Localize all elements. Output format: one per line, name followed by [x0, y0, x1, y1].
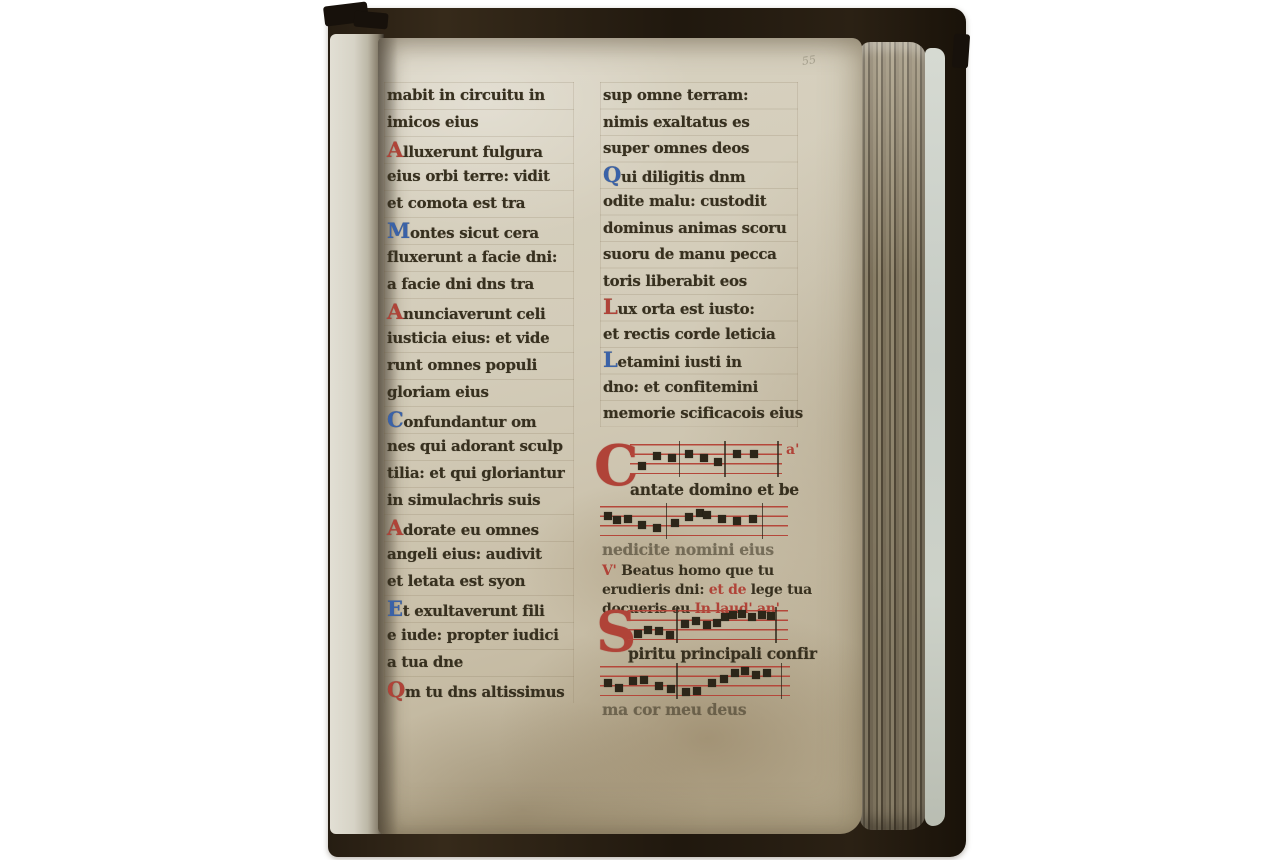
square-neume	[708, 679, 716, 687]
square-neume	[729, 611, 737, 619]
decorated-initial: A	[387, 137, 403, 162]
square-neume	[741, 667, 749, 675]
square-neume	[681, 620, 689, 628]
rubric-text: V'	[602, 563, 617, 579]
text-line: super omnes deos	[601, 135, 797, 162]
line-text: a facie dni dns tra	[387, 275, 534, 293]
square-neume	[644, 626, 652, 634]
text-line: odite malu: custodit	[601, 188, 797, 215]
square-neume	[738, 610, 746, 618]
square-neume	[640, 676, 648, 684]
line-text: suoru de manu pecca	[603, 245, 777, 263]
line-text: mabit in circuitu in	[387, 86, 545, 104]
square-neume	[731, 669, 739, 677]
square-neume	[668, 454, 676, 462]
staff-barline	[666, 503, 668, 539]
line-text: angeli eius: audivit	[387, 545, 542, 563]
line-text: ui diligitis dnm	[621, 168, 745, 186]
line-text: super omnes deos	[603, 139, 749, 157]
square-neume	[685, 513, 693, 521]
square-neume	[733, 450, 741, 458]
staff-barline	[775, 607, 777, 643]
square-neume	[703, 621, 711, 629]
square-neume	[758, 611, 766, 619]
music-section: C a' antate domino et be nedicite nomini…	[600, 438, 796, 738]
fore-edge-page-stack	[860, 42, 926, 830]
manuscript-book: 55 mabit in circuitu inimicos eiusAlluxe…	[328, 8, 966, 857]
decorated-initial: Q	[387, 677, 405, 702]
photo-background: 55 mabit in circuitu inimicos eiusAlluxe…	[0, 0, 1280, 860]
decorated-initial: L	[603, 347, 617, 372]
decorated-initial: E	[387, 596, 403, 621]
square-neume	[713, 619, 721, 627]
text-line: mabit in circuitu in	[385, 82, 573, 109]
clasp-remnant	[952, 33, 970, 68]
text-line: a tua dne	[385, 649, 573, 676]
line-text: dorate eu omnes	[403, 521, 539, 539]
line-text: in simulachris suis	[387, 491, 540, 509]
square-neume	[733, 517, 741, 525]
line-text: nimis exaltatus es	[603, 113, 749, 131]
text-line: Letamini iusti in	[601, 347, 797, 374]
square-neume	[653, 452, 661, 460]
square-neume	[750, 450, 758, 458]
square-neume	[634, 630, 642, 638]
staff-barline	[676, 607, 678, 643]
line-text: a tua dne	[387, 653, 463, 671]
square-neume	[752, 671, 760, 679]
versicle-text: Beatus homo que tu	[617, 563, 774, 579]
text-line: nimis exaltatus es	[601, 109, 797, 136]
versicle-line: erudieris dni: et de lege tua	[602, 581, 812, 600]
text-line: Lux orta est iusto:	[601, 294, 797, 321]
text-line: eius orbi terre: vidit	[385, 163, 573, 190]
line-text: runt omnes populi	[387, 356, 537, 374]
chant-lyric: antate domino et be	[630, 480, 799, 499]
square-neume	[624, 515, 632, 523]
music-staff-2	[600, 506, 788, 536]
line-text: sup omne terram:	[603, 86, 748, 104]
decorated-initial: M	[387, 218, 410, 243]
rubric-text: et de	[709, 582, 746, 598]
line-text: dno: et confitemini	[603, 378, 758, 396]
text-line: runt omnes populi	[385, 352, 573, 379]
line-text: et letata est syon	[387, 572, 525, 590]
line-text: toris liberabit eos	[603, 272, 747, 290]
staff-barline	[724, 441, 726, 477]
square-neume	[655, 682, 663, 690]
line-text: tilia: et qui gloriantur	[387, 464, 564, 482]
line-text: m tu dns altissimus	[405, 683, 564, 701]
square-neume	[767, 612, 775, 620]
line-text: ontes sicut cera	[410, 224, 539, 242]
line-text: ux orta est iusto:	[617, 300, 754, 318]
line-text: et comota est tra	[387, 194, 525, 212]
staff-barline	[679, 441, 681, 477]
square-neume	[718, 515, 726, 523]
text-line: angeli eius: audivit	[385, 541, 573, 568]
text-line: Qm tu dns altissimus	[385, 676, 573, 703]
lower-board-edge	[925, 48, 945, 826]
line-text: nes qui adorant sculp	[387, 437, 563, 455]
square-neume	[720, 675, 728, 683]
text-column-right: sup omne terram:nimis exaltatus essuper …	[600, 82, 798, 427]
square-neume	[692, 617, 700, 625]
square-neume	[763, 669, 771, 677]
decorated-initial: Q	[603, 162, 621, 187]
folio-number: 55	[801, 53, 817, 68]
differentia-mark: a'	[786, 442, 799, 458]
chant-lyric: piritu principali confir	[628, 644, 817, 663]
square-neume	[714, 458, 722, 466]
square-neume	[629, 677, 637, 685]
square-neume	[667, 685, 675, 693]
text-line: Et exultaverunt fili	[385, 595, 573, 622]
text-line: Confundantur om	[385, 406, 573, 433]
square-neume	[685, 450, 693, 458]
text-line: tilia: et qui gloriantur	[385, 460, 573, 487]
versicle-line: V' Beatus homo que tu	[602, 562, 812, 581]
square-neume	[615, 684, 623, 692]
line-text: onfundantur om	[403, 413, 536, 431]
line-text: et rectis corde leticia	[603, 325, 775, 343]
decorated-initial: A	[387, 299, 403, 324]
text-line: Anunciaverunt celi	[385, 298, 573, 325]
chant-lyric: ma cor meu deus	[602, 700, 746, 719]
text-line: nes qui adorant sculp	[385, 433, 573, 460]
text-line: imicos eius	[385, 109, 573, 136]
decorated-initial: L	[603, 294, 617, 319]
text-line: et letata est syon	[385, 568, 573, 595]
text-line: et comota est tra	[385, 190, 573, 217]
square-neume	[666, 631, 674, 639]
text-line: dno: et confitemini	[601, 374, 797, 401]
square-neume	[653, 524, 661, 532]
music-staff-1	[630, 444, 782, 474]
square-neume	[604, 512, 612, 520]
text-line: a facie dni dns tra	[385, 271, 573, 298]
text-line: e iude: propter iudici	[385, 622, 573, 649]
line-text: e iude: propter iudici	[387, 626, 559, 644]
line-text: lluxerunt fulgura	[403, 143, 543, 161]
square-neume	[655, 627, 663, 635]
text-line: Alluxerunt fulgura	[385, 136, 573, 163]
chant-lyric: nedicite nomini eius	[602, 540, 774, 559]
clasp-remnant	[353, 11, 388, 30]
music-staff-4	[600, 666, 790, 696]
recto-page: 55 mabit in circuitu inimicos eiusAlluxe…	[378, 38, 862, 834]
text-line: iusticia eius: et vide	[385, 325, 573, 352]
line-text: nunciaverunt celi	[403, 305, 545, 323]
text-line: Adorate eu omnes	[385, 514, 573, 541]
staff-barline	[762, 503, 764, 539]
text-line: suoru de manu pecca	[601, 241, 797, 268]
text-line: memorie scificacois eius	[601, 400, 797, 427]
square-neume	[693, 687, 701, 695]
music-staff-3	[628, 610, 788, 640]
staff-barline	[781, 663, 783, 699]
decorated-initial: A	[387, 515, 403, 540]
line-text: imicos eius	[387, 113, 478, 131]
verso-page-edge	[330, 34, 384, 834]
square-neume	[604, 679, 612, 687]
staff-barline	[777, 441, 779, 477]
square-neume	[613, 516, 621, 524]
text-line: gloriam eius	[385, 379, 573, 406]
line-text: gloriam eius	[387, 383, 489, 401]
text-line: toris liberabit eos	[601, 268, 797, 295]
square-neume	[700, 454, 708, 462]
text-line: et rectis corde leticia	[601, 321, 797, 348]
line-text: iusticia eius: et vide	[387, 329, 549, 347]
staff-barline	[676, 663, 678, 699]
line-text: odite malu: custodit	[603, 192, 766, 210]
square-neume	[703, 511, 711, 519]
line-text: eius orbi terre: vidit	[387, 167, 550, 185]
line-text: t exultaverunt fili	[403, 602, 545, 620]
square-neume	[671, 519, 679, 527]
line-text: etamini iusti in	[617, 353, 741, 371]
line-text: memorie scificacois eius	[603, 404, 803, 422]
versicle-text: lege tua	[746, 582, 812, 598]
square-neume	[638, 462, 646, 470]
square-neume	[638, 521, 646, 529]
text-line: in simulachris suis	[385, 487, 573, 514]
decorated-initial: C	[387, 407, 403, 432]
square-neume	[749, 515, 757, 523]
line-text: dominus animas scoru	[603, 219, 787, 237]
square-neume	[748, 613, 756, 621]
text-line: fluxerunt a facie dni:	[385, 244, 573, 271]
versicle-text: erudieris dni:	[602, 582, 709, 598]
text-line: dominus animas scoru	[601, 215, 797, 242]
square-neume	[682, 688, 690, 696]
text-line: Montes sicut cera	[385, 217, 573, 244]
line-text: fluxerunt a facie dni:	[387, 248, 557, 266]
text-column-left: mabit in circuitu inimicos eiusAlluxerun…	[384, 82, 574, 703]
square-neume	[721, 613, 729, 621]
text-line: sup omne terram:	[601, 82, 797, 109]
text-line: Qui diligitis dnm	[601, 162, 797, 189]
